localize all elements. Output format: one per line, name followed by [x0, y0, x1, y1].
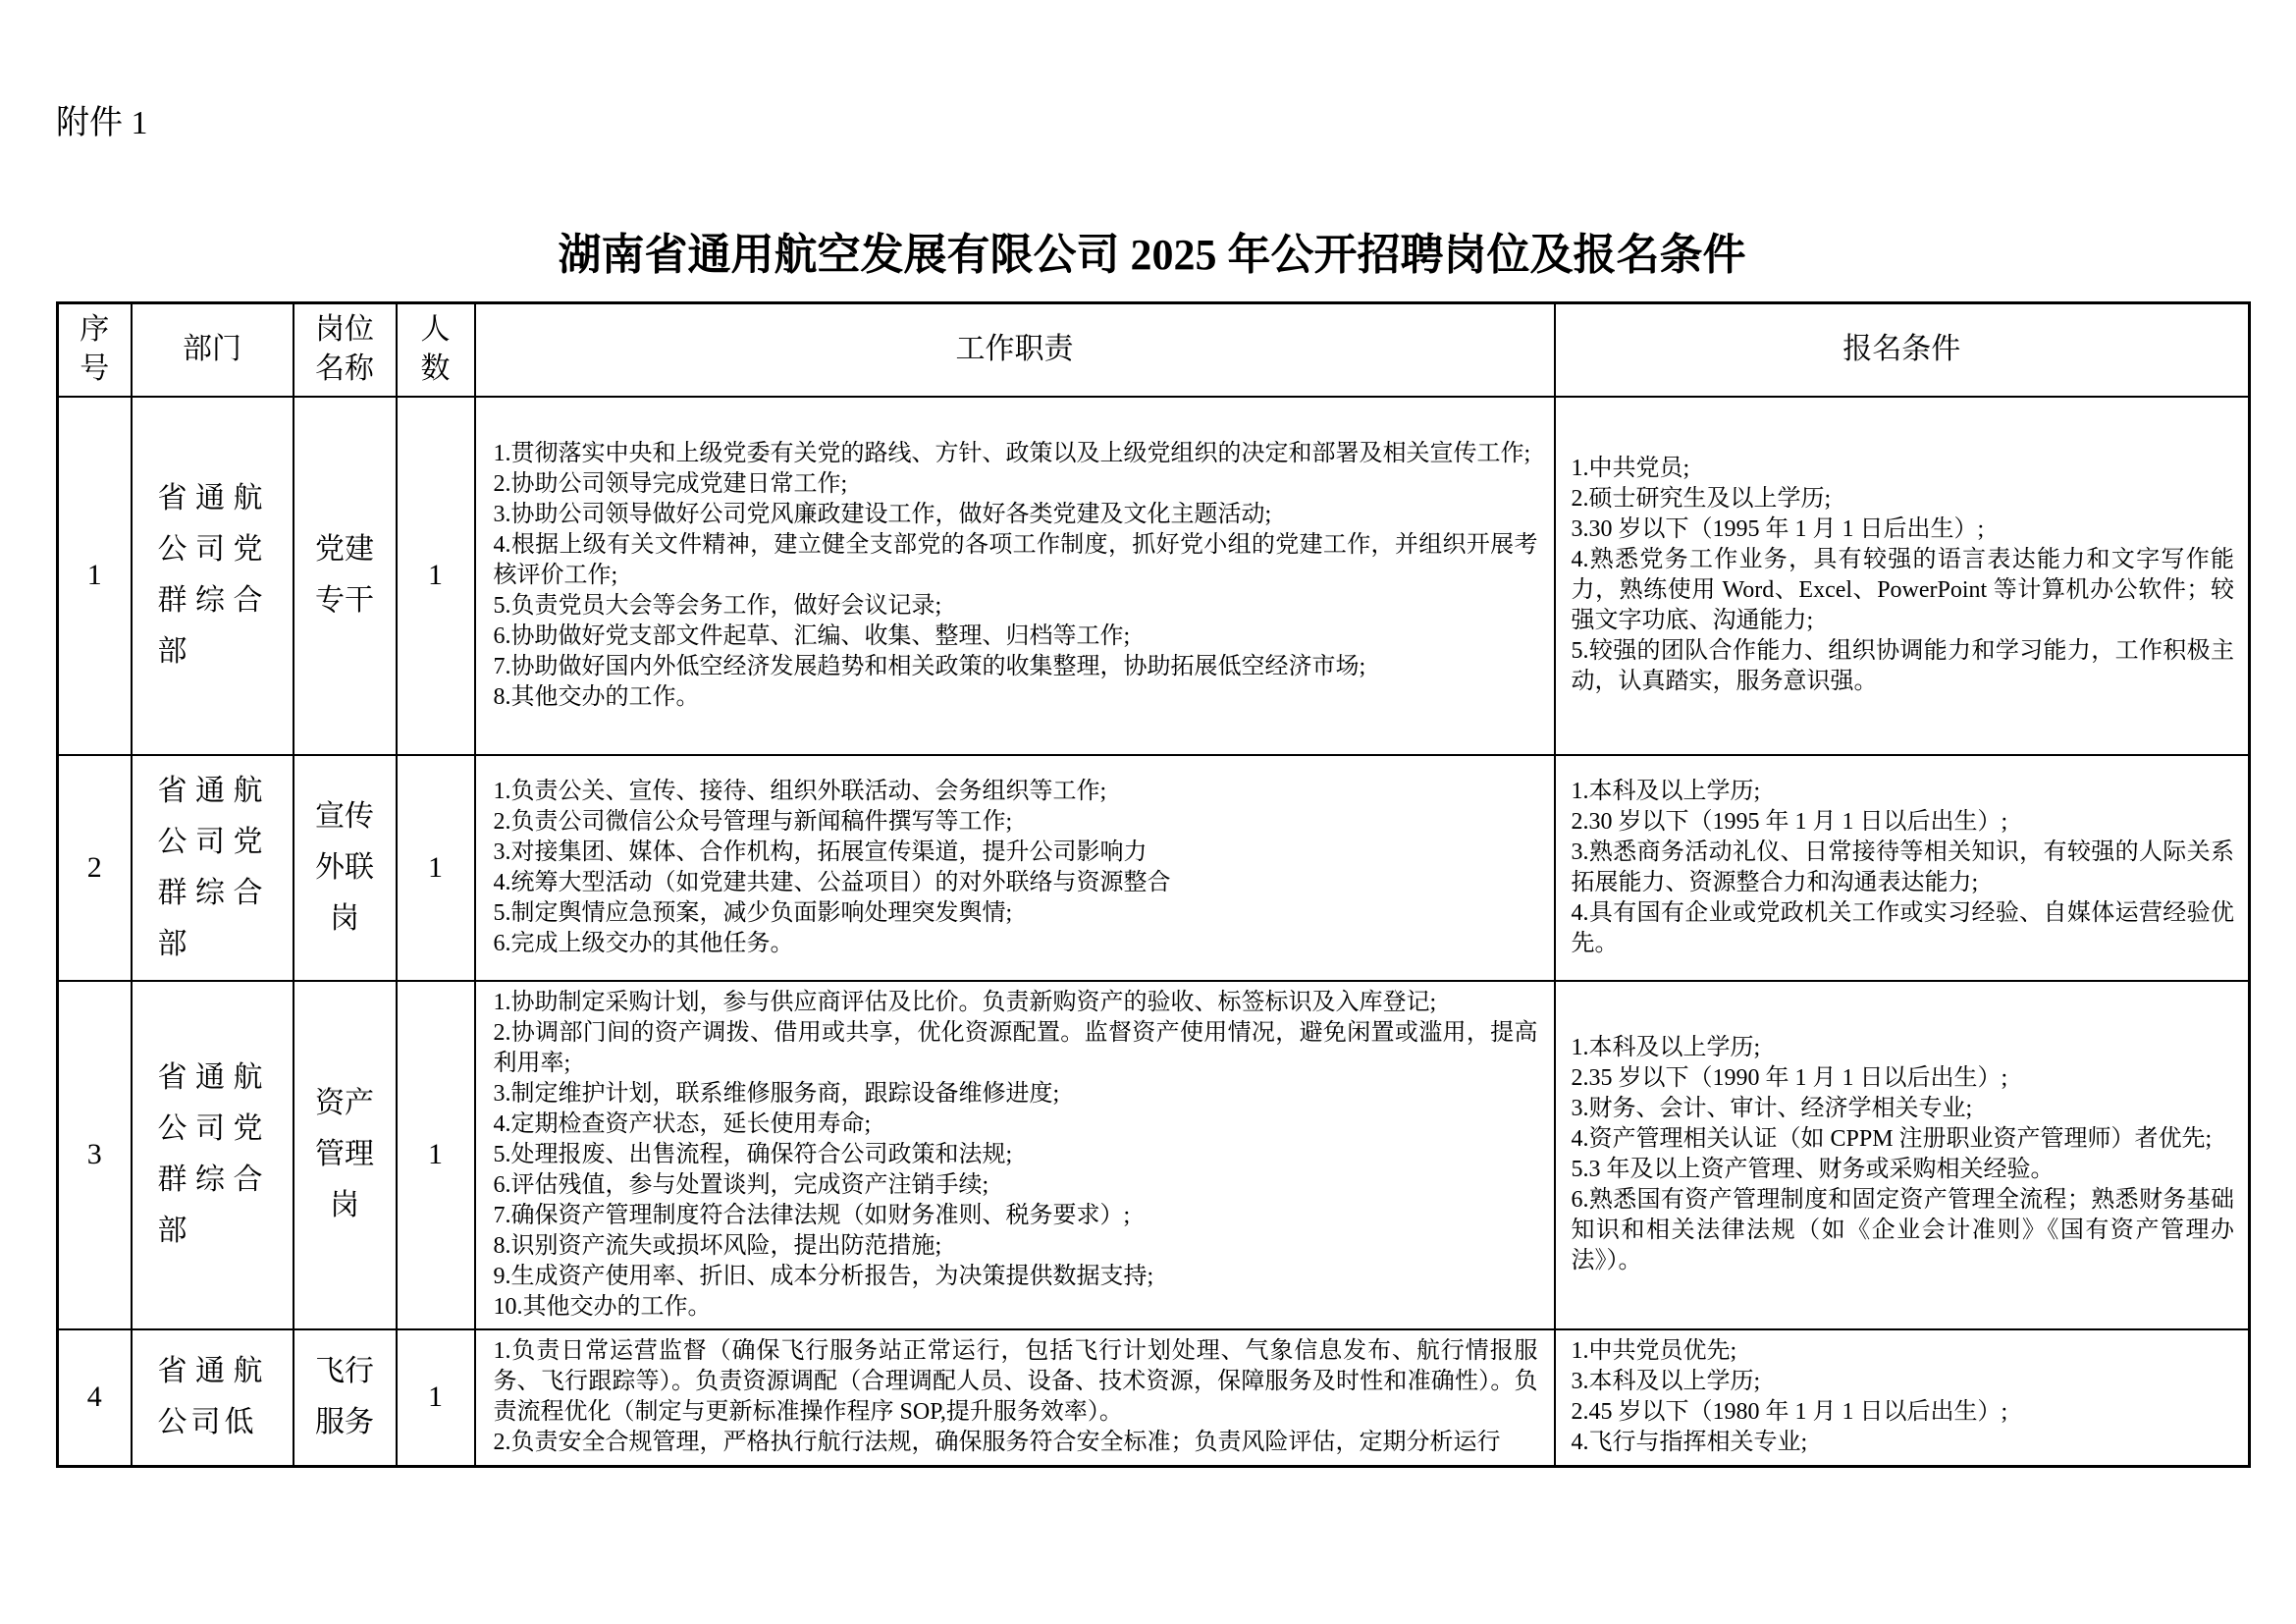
table-header-row: 序号 部门 岗位名称 人数 工作职责 报名条件: [58, 303, 2250, 397]
cell-position: 飞行服务: [294, 1329, 397, 1467]
header-department: 部门: [132, 303, 294, 397]
header-requirements: 报名条件: [1555, 303, 2250, 397]
cell-headcount: 1: [397, 755, 475, 981]
header-duties: 工作职责: [475, 303, 1555, 397]
cell-department: 省通航公司党群综合部: [132, 397, 294, 755]
cell-index: 1: [58, 397, 132, 755]
table-row: 3 省通航公司党群综合部 资产管理岗 1 1.协助制定采购计划，参与供应商评估及…: [58, 981, 2250, 1329]
cell-headcount: 1: [397, 981, 475, 1329]
table-row: 2 省通航公司党群综合部 宣传外联岗 1 1.负责公关、宣传、接待、组织外联活动…: [58, 755, 2250, 981]
cell-duties: 1.负责公关、宣传、接待、组织外联活动、会务组织等工作; 2.负责公司微信公众号…: [475, 755, 1555, 981]
cell-index: 4: [58, 1329, 132, 1467]
header-headcount-label: 人数: [419, 310, 452, 389]
cell-department: 省通航公司党群综合部: [132, 755, 294, 981]
cell-requirements: 1.本科及以上学历; 2.35 岁以下（1990 年 1 月 1 日以后出生）;…: [1555, 981, 2250, 1329]
header-index: 序号: [58, 303, 132, 397]
header-headcount: 人数: [397, 303, 475, 397]
cell-requirements: 1.中共党员; 2.硕士研究生及以上学历; 3.30 岁以下（1995 年 1 …: [1555, 397, 2250, 755]
cell-duties: 1.负责日常运营监督（确保飞行服务站正常运行，包括飞行计划处理、气象信息发布、航…: [475, 1329, 1555, 1467]
cell-department: 省通航公司党群综合部: [132, 981, 294, 1329]
cell-requirements: 1.本科及以上学历; 2.30 岁以下（1995 年 1 月 1 日以后出生）;…: [1555, 755, 2250, 981]
cell-headcount: 1: [397, 397, 475, 755]
cell-requirements: 1.中共党员优先; 3.本科及以上学历; 2.45 岁以下（1980 年 1 月…: [1555, 1329, 2250, 1467]
cell-position: 资产管理岗: [294, 981, 397, 1329]
cell-department: 省通航公司低: [132, 1329, 294, 1467]
cell-duties: 1.贯彻落实中央和上级党委有关党的路线、方针、政策以及上级党组织的决定和部署及相…: [475, 397, 1555, 755]
page-title: 湖南省通用航空发展有限公司 2025 年公开招聘岗位及报名条件: [56, 228, 2248, 283]
header-position-label: 岗位名称: [312, 310, 377, 389]
attachment-label: 附件 1: [56, 101, 148, 146]
cell-headcount: 1: [397, 1329, 475, 1467]
recruitment-table: 序号 部门 岗位名称 人数 工作职责 报名条件 1 省通航公司党群综合部 党建专…: [56, 301, 2251, 1468]
header-position: 岗位名称: [294, 303, 397, 397]
document-page: 附件 1 湖南省通用航空发展有限公司 2025 年公开招聘岗位及报名条件 序号 …: [0, 0, 2296, 1624]
cell-position: 党建专干: [294, 397, 397, 755]
cell-index: 3: [58, 981, 132, 1329]
cell-duties: 1.协助制定采购计划，参与供应商评估及比价。负责新购资产的验收、标签标识及入库登…: [475, 981, 1555, 1329]
table-row: 1 省通航公司党群综合部 党建专干 1 1.贯彻落实中央和上级党委有关党的路线、…: [58, 397, 2250, 755]
table-row: 4 省通航公司低 飞行服务 1 1.负责日常运营监督（确保飞行服务站正常运行，包…: [58, 1329, 2250, 1467]
cell-index: 2: [58, 755, 132, 981]
cell-position: 宣传外联岗: [294, 755, 397, 981]
header-index-label: 序号: [79, 310, 111, 389]
